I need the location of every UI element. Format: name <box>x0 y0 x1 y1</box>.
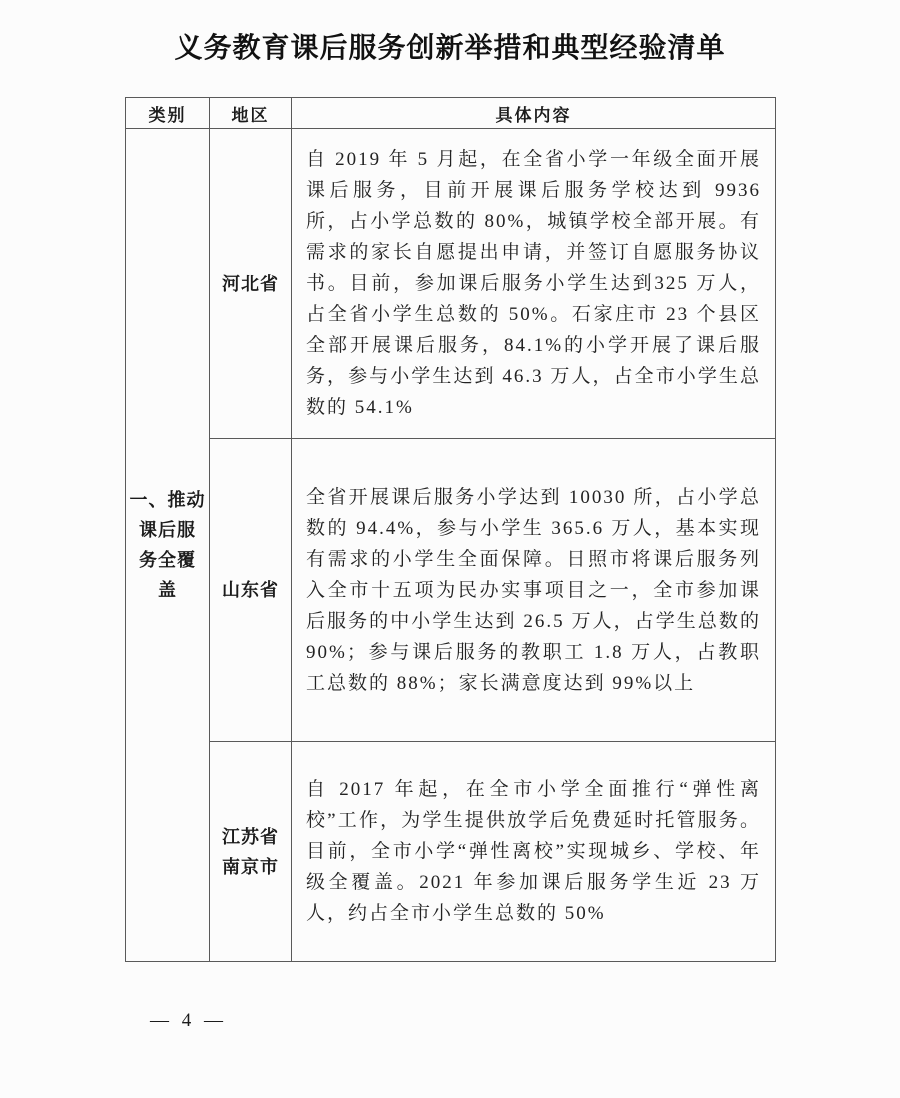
document-title: 义务教育课后服务创新举措和典型经验清单 <box>0 30 900 68</box>
category-line: 务全覆 <box>126 545 209 575</box>
category-cell: 一、推动 课后服 务全覆 盖 <box>126 129 210 962</box>
table-row-shandong: 山东省 全省开展课后服务小学达到 10030 所，占小学总数的 94.4%，参与… <box>126 439 776 742</box>
after-school-service-table: 类别 地区 具体内容 一、推动 课后服 务全覆 盖 河北省 自 2019 年 5… <box>125 97 776 962</box>
category-line: 一、推动 <box>126 485 209 515</box>
region-name: 江苏省 <box>210 822 291 852</box>
region-cell-nanjing: 江苏省 南京市 <box>210 742 292 962</box>
content-cell-hebei: 自 2019 年 5 月起，在全省小学一年级全面开展课后服务，目前开展课后服务学… <box>292 129 776 439</box>
content-cell-shandong: 全省开展课后服务小学达到 10030 所，占小学总数的 94.4%，参与小学生 … <box>292 439 776 742</box>
column-header-content: 具体内容 <box>292 98 776 129</box>
content-cell-nanjing: 自 2017 年起，在全市小学全面推行“弹性离校”工作，为学生提供放学后免费延时… <box>292 742 776 962</box>
region-cell-shandong: 山东省 <box>210 439 292 742</box>
category-line: 盖 <box>126 575 209 605</box>
region-name: 河北省 <box>210 269 291 299</box>
table-header-row: 类别 地区 具体内容 <box>126 98 776 129</box>
page-number: — 4 — <box>150 1010 900 1032</box>
document-page: 义务教育课后服务创新举措和典型经验清单 类别 地区 具体内容 一、推动 课后服 … <box>0 0 900 1098</box>
column-header-category: 类别 <box>126 98 210 129</box>
column-header-region: 地区 <box>210 98 292 129</box>
region-cell-hebei: 河北省 <box>210 129 292 439</box>
table-row-hebei: 一、推动 课后服 务全覆 盖 河北省 自 2019 年 5 月起，在全省小学一年… <box>126 129 776 439</box>
region-name: 山东省 <box>210 575 291 605</box>
category-line: 课后服 <box>126 515 209 545</box>
region-name: 南京市 <box>210 852 291 882</box>
table-row-nanjing: 江苏省 南京市 自 2017 年起，在全市小学全面推行“弹性离校”工作，为学生提… <box>126 742 776 962</box>
